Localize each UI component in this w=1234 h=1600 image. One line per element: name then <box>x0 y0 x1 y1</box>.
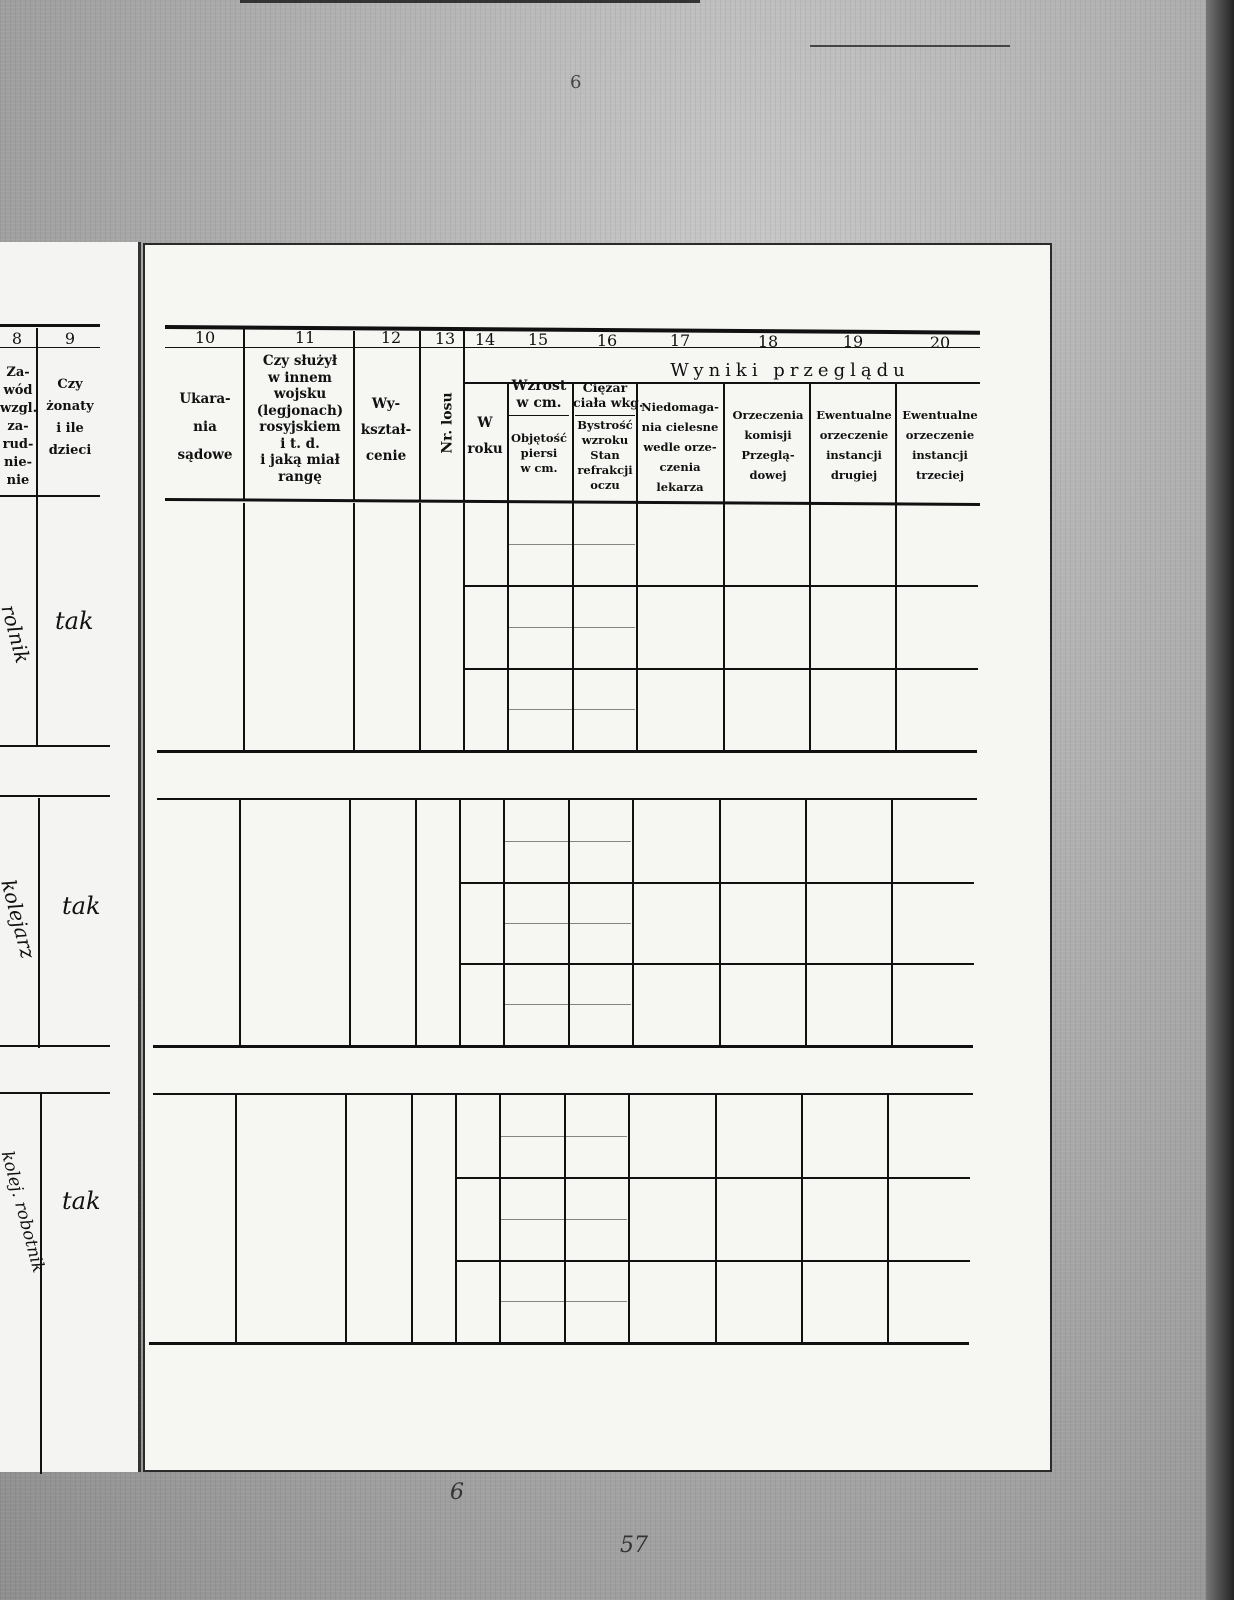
handwritten-married: tak <box>55 607 94 635</box>
col-15-number: 15 <box>523 330 553 349</box>
column-rule <box>809 383 811 505</box>
rule <box>805 800 807 1045</box>
col-17-header: Niedomaga- nia cielesne wedle orze- czen… <box>637 397 723 497</box>
col-11-header: Czy służył w innem wojsku (legjonach) ro… <box>245 353 355 485</box>
rule <box>507 544 635 545</box>
col-10-number: 10 <box>185 328 225 347</box>
rule <box>0 1092 110 1094</box>
col-20-header: Ewentualne orzeczenie instancji trzeciej <box>897 405 983 485</box>
scan-artifact-line <box>240 0 700 3</box>
rule <box>628 1095 630 1342</box>
col-9-header: Czy żonaty i ile dzieci <box>40 374 100 462</box>
scan-edge-shadow <box>1206 0 1234 1600</box>
col-15-header-bottom: Objętość piersi w cm. <box>507 431 571 476</box>
col-14-number: 14 <box>470 330 500 349</box>
left-page: 8 9 Za- wód wzgl. za- rud- nie- nie Czy … <box>0 242 138 1472</box>
handwritten-married: tak <box>62 892 101 920</box>
rule <box>243 503 245 750</box>
column-rule <box>723 383 725 505</box>
col-13-header: Nr. losu <box>440 392 456 453</box>
col-9-number: 9 <box>50 329 90 348</box>
rule <box>895 503 897 750</box>
column-rule <box>38 798 40 1048</box>
group-header-wyniki: Wyniki przeglądu <box>600 360 980 381</box>
col-20-number: 20 <box>925 333 955 352</box>
column-rule <box>353 331 355 501</box>
rule <box>801 1095 803 1342</box>
rule <box>455 1177 970 1179</box>
rule <box>0 495 100 497</box>
rule <box>891 800 893 1045</box>
rule <box>715 1095 717 1342</box>
margin-mark: 6 <box>450 1480 464 1505</box>
rule <box>353 503 355 750</box>
rule <box>157 798 977 800</box>
rule <box>455 1095 457 1342</box>
col-13-number: 13 <box>425 329 465 348</box>
rule <box>349 800 351 1045</box>
col-8-header: Za- wód wzgl. za- rud- nie- nie <box>0 364 36 490</box>
rule <box>463 503 465 750</box>
col-17-number: 17 <box>665 331 695 350</box>
col-12-header: Wy- kształ- cenie <box>353 391 419 469</box>
rule <box>0 795 110 797</box>
rule <box>463 668 978 670</box>
rule <box>499 1219 627 1220</box>
rule <box>455 1260 970 1262</box>
column-rule <box>40 1094 42 1474</box>
rule <box>411 1095 413 1342</box>
col-16-number: 16 <box>592 331 622 350</box>
rule <box>419 503 421 750</box>
col-15-header-top: Wzrost w cm. <box>507 378 571 412</box>
col-16-header-bottom: Bystrość wzroku Stan refrakcji oczu <box>573 418 637 493</box>
rule <box>499 1136 627 1137</box>
rule <box>719 800 721 1045</box>
rule <box>503 923 631 924</box>
rule <box>503 1004 631 1005</box>
rule <box>459 963 974 965</box>
rule <box>235 1095 237 1342</box>
handwritten-married: tak <box>62 1187 101 1215</box>
col-19-number: 19 <box>838 332 868 351</box>
column-rule <box>507 383 509 503</box>
column-rule <box>895 383 897 505</box>
column-rule <box>419 331 421 501</box>
col-16-header-top: Ciężar ciała wkg. <box>573 380 637 410</box>
col-8-number: 8 <box>2 329 32 348</box>
margin-mark: 57 <box>620 1533 648 1558</box>
column-rule <box>636 383 638 505</box>
sub-rule <box>575 415 635 416</box>
rule <box>0 1045 110 1047</box>
archive-stamp: 6 <box>570 72 581 93</box>
column-rule <box>36 328 38 746</box>
rule <box>723 503 725 750</box>
rule <box>415 800 417 1045</box>
rule <box>887 1095 889 1342</box>
col-18-number: 18 <box>753 332 783 351</box>
rule <box>459 800 461 1045</box>
rule <box>507 709 635 710</box>
column-rule <box>463 331 465 501</box>
rule <box>149 1342 969 1345</box>
rule <box>459 882 974 884</box>
column-rule <box>243 329 245 499</box>
rule <box>809 503 811 750</box>
rule <box>157 750 977 753</box>
handwritten-occupation: kolejarz <box>0 877 40 961</box>
rule <box>503 841 631 842</box>
rule <box>0 324 100 327</box>
rule <box>0 745 110 747</box>
col-11-number: 11 <box>285 328 325 347</box>
rule <box>632 800 634 1045</box>
col-10-header: Ukara- nia sądowe <box>165 385 245 469</box>
rule <box>153 1045 973 1048</box>
col-14-header: W roku <box>465 410 505 462</box>
rule <box>499 1301 627 1302</box>
rule <box>636 503 638 750</box>
rule <box>239 800 241 1045</box>
col-18-header: Orzeczenia komisji Przeglą- dowej <box>725 405 811 485</box>
rule <box>463 585 978 587</box>
scan-artifact-line <box>810 45 1010 47</box>
col-19-header: Ewentualne orzeczenie instancji drugiej <box>811 405 897 485</box>
right-page: 10 11 12 13 14 15 16 17 18 19 20 Ukara- … <box>145 245 1050 1470</box>
rule <box>345 1095 347 1342</box>
column-rule <box>572 383 574 503</box>
col-12-number: 12 <box>371 328 411 347</box>
handwritten-occupation: rolnik <box>0 602 35 666</box>
sub-rule <box>509 415 569 416</box>
rule <box>153 1093 973 1095</box>
rule <box>507 627 635 628</box>
